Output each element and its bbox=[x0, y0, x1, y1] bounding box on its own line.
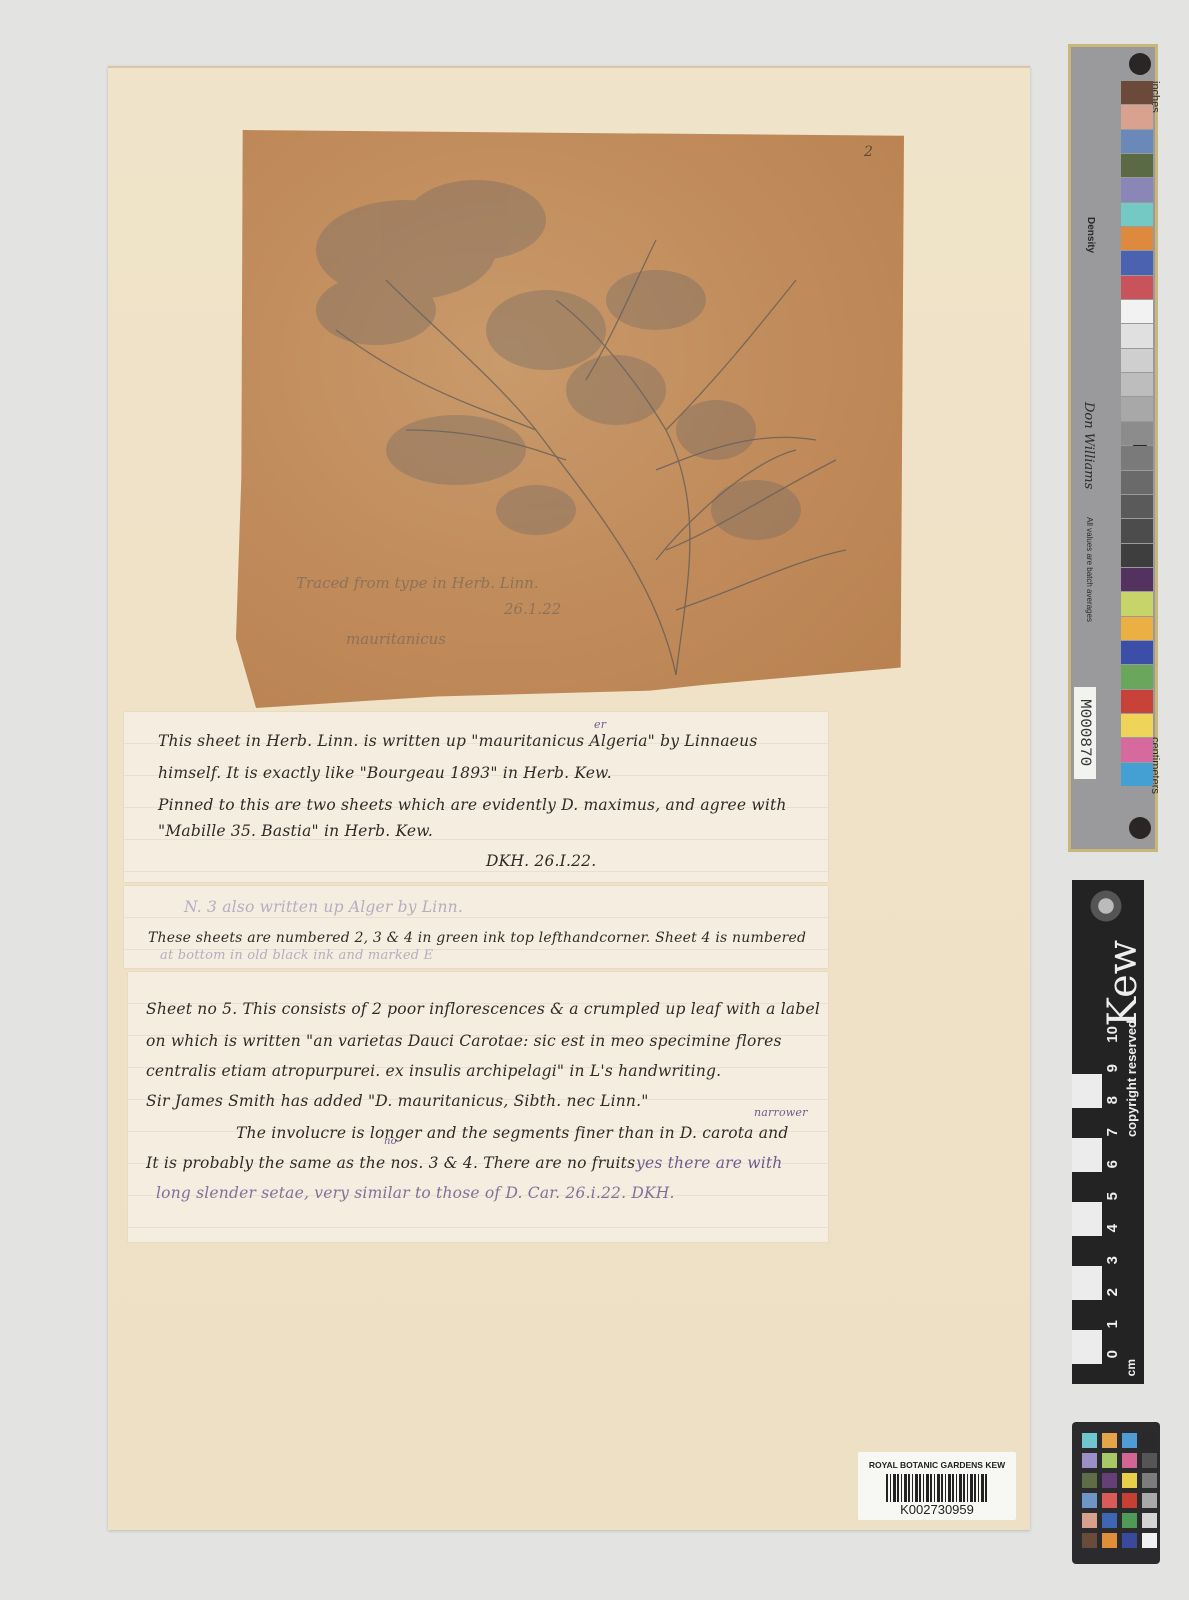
label3-addition-yes: yes there are with bbox=[636, 1154, 783, 1172]
color-calibration-ruler: inches centimeters Density Don Williams … bbox=[1068, 44, 1158, 852]
color-swatch bbox=[1122, 1533, 1137, 1548]
plant-sketch bbox=[236, 130, 904, 708]
color-swatch bbox=[1102, 1453, 1117, 1468]
ruler-color-chip bbox=[1121, 763, 1153, 786]
kew-crest-icon bbox=[1088, 888, 1124, 924]
color-swatch bbox=[1082, 1533, 1097, 1548]
label1-line-3: Pinned to this are two sheets which are … bbox=[158, 796, 787, 814]
color-swatch bbox=[1122, 1473, 1137, 1488]
color-swatch bbox=[1102, 1433, 1117, 1448]
ruler-color-chip bbox=[1121, 422, 1153, 445]
label3-line-6: It is probably the same as the nos. 3 & … bbox=[146, 1154, 635, 1172]
kew-cm-scale-bar: Kew copyright reserved cm 0 1 2 3 4 5 6 … bbox=[1072, 880, 1144, 1384]
ruler-color-chip bbox=[1121, 617, 1153, 640]
scale-number: 4 bbox=[1104, 1224, 1120, 1232]
ruler-color-chip bbox=[1121, 592, 1153, 615]
color-swatch bbox=[1142, 1493, 1157, 1508]
color-swatch bbox=[1142, 1533, 1157, 1548]
ruler-note: All values are batch averages bbox=[1085, 517, 1094, 622]
label1-line-2: himself. It is exactly like "Bourgeau 18… bbox=[158, 764, 612, 782]
scale-number: 6 bbox=[1104, 1160, 1120, 1168]
ruler-color-chip bbox=[1121, 227, 1153, 250]
scale-number: 9 bbox=[1104, 1064, 1120, 1072]
label1-line-1: This sheet in Herb. Linn. is written up … bbox=[158, 732, 758, 750]
annotation-label-2: N. 3 also written up Alger by Linn. Thes… bbox=[124, 886, 828, 968]
ruler-brand: Don Williams bbox=[1081, 402, 1096, 489]
scale-ticks bbox=[1072, 1044, 1102, 1364]
ruler-color-chip bbox=[1121, 495, 1153, 518]
color-swatch bbox=[1082, 1433, 1097, 1448]
ruler-color-chip bbox=[1121, 471, 1153, 494]
ruler-color-chip bbox=[1121, 276, 1153, 299]
color-swatch bbox=[1122, 1513, 1137, 1528]
color-swatch bbox=[1082, 1493, 1097, 1508]
color-swatch bbox=[1142, 1473, 1157, 1488]
scale-number: 1 bbox=[1104, 1320, 1120, 1328]
ruler-density-label: Density bbox=[1085, 217, 1096, 253]
color-swatch bbox=[1122, 1433, 1137, 1448]
label3-line-5: The involucre is longer and the segments… bbox=[236, 1124, 788, 1142]
label3-addition-narrower: narrower bbox=[754, 1106, 808, 1119]
scale-number: 7 bbox=[1104, 1128, 1120, 1136]
scale-number: 10 bbox=[1104, 1026, 1120, 1043]
color-swatch bbox=[1142, 1433, 1157, 1448]
ruler-color-chip bbox=[1121, 178, 1153, 201]
color-swatch bbox=[1122, 1493, 1137, 1508]
ruler-color-chip bbox=[1121, 300, 1153, 323]
kew-logo: Kew bbox=[1100, 940, 1146, 1027]
label1-line-4: "Mabille 35. Bastia" in Herb. Kew. bbox=[158, 822, 433, 840]
ruler-color-chip bbox=[1121, 203, 1153, 226]
kew-barcode-label: ROYAL BOTANIC GARDENS KEW K002730959 bbox=[858, 1452, 1016, 1520]
ruler-code: M000870 bbox=[1074, 687, 1096, 779]
ruler-color-chip bbox=[1121, 714, 1153, 737]
color-swatch bbox=[1102, 1473, 1117, 1488]
copyright-text: copyright reserved bbox=[1124, 1020, 1139, 1137]
ruler-hole-top bbox=[1129, 53, 1151, 75]
color-swatch bbox=[1102, 1493, 1117, 1508]
ruler-color-chip bbox=[1121, 641, 1153, 664]
annotation-label-3: Sheet no 5. This consists of 2 poor infl… bbox=[128, 972, 828, 1242]
color-swatch bbox=[1122, 1453, 1137, 1468]
scale-number: 5 bbox=[1104, 1192, 1120, 1200]
scale-number: 0 bbox=[1104, 1350, 1120, 1358]
color-swatch bbox=[1082, 1473, 1097, 1488]
color-swatch bbox=[1142, 1453, 1157, 1468]
pencil-note-species: mauritanicus bbox=[346, 630, 446, 648]
pencil-note: Traced from type in Herb. Linn. bbox=[296, 574, 539, 592]
tracing-paper-drawing: 2 Traced from type in Herb. Linn. 26.1.2… bbox=[236, 130, 904, 708]
scale-number: 2 bbox=[1104, 1288, 1120, 1296]
label3-line-2: on which is written "an varietas Dauci C… bbox=[146, 1032, 782, 1050]
pencil-note-date: 26.1.22 bbox=[504, 600, 561, 618]
sheet-number: 2 bbox=[864, 144, 873, 160]
color-swatch bbox=[1082, 1513, 1097, 1528]
ruler-color-chip bbox=[1121, 544, 1153, 567]
ruler-color-chip bbox=[1121, 154, 1153, 177]
ruler-color-chip bbox=[1121, 738, 1153, 761]
cm-unit-label: cm bbox=[1124, 1359, 1138, 1376]
label2-line: These sheets are numbered 2, 3 & 4 in gr… bbox=[148, 930, 806, 946]
ruler-color-chip bbox=[1121, 568, 1153, 591]
ruler-color-chip bbox=[1121, 130, 1153, 153]
color-checker-card bbox=[1072, 1422, 1160, 1564]
ruler-color-chip bbox=[1121, 446, 1153, 469]
label3-line-3: centralis etiam atropurpurei. ex insulis… bbox=[146, 1062, 721, 1080]
barcode-icon bbox=[886, 1474, 988, 1502]
ruler-color-chip bbox=[1121, 519, 1153, 542]
color-swatch bbox=[1102, 1513, 1117, 1528]
ruler-color-chip bbox=[1121, 324, 1153, 347]
ruler-color-chip bbox=[1121, 105, 1153, 128]
label1-insertion: er bbox=[594, 718, 606, 731]
label2-faint-line: N. 3 also written up Alger by Linn. bbox=[184, 898, 463, 916]
scale-number: 3 bbox=[1104, 1256, 1120, 1264]
institution-name: ROYAL BOTANIC GARDENS KEW bbox=[858, 1460, 1016, 1470]
ruler-color-chip bbox=[1121, 397, 1153, 420]
label3-addition-no: no bbox=[384, 1136, 397, 1147]
ruler-color-chip bbox=[1121, 81, 1153, 104]
ruler-color-chip bbox=[1121, 349, 1153, 372]
scale-number: 8 bbox=[1104, 1096, 1120, 1104]
color-swatch bbox=[1142, 1513, 1157, 1528]
label3-line-1: Sheet no 5. This consists of 2 poor infl… bbox=[146, 1000, 820, 1018]
label2-overlap-line: at bottom in old black ink and marked E bbox=[160, 948, 433, 963]
ruler-color-chip bbox=[1121, 690, 1153, 713]
ruler-color-chip bbox=[1121, 251, 1153, 274]
color-swatch bbox=[1082, 1453, 1097, 1468]
ruler-color-chip bbox=[1121, 665, 1153, 688]
annotation-label-1: This sheet in Herb. Linn. is written up … bbox=[124, 712, 828, 882]
color-swatch bbox=[1102, 1533, 1117, 1548]
label3-addition-setae: long slender setae, very similar to thos… bbox=[156, 1184, 675, 1202]
label1-signature: DKH. 26.I.22. bbox=[486, 852, 596, 870]
ruler-color-chip bbox=[1121, 373, 1153, 396]
barcode-number: K002730959 bbox=[858, 1502, 1016, 1517]
ruler-hole-bottom bbox=[1129, 817, 1151, 839]
label3-line-4: Sir James Smith has added "D. mauritanic… bbox=[146, 1092, 649, 1110]
